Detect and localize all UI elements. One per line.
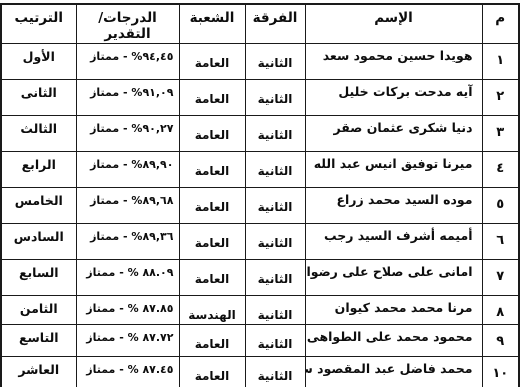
header-name: الإسم	[305, 4, 482, 44]
table-body: ١ هويدا حسين محمود سعد الثانية العامة ٩٤…	[1, 44, 519, 387]
cell-student-name: مرنا محمد محمد كيوان	[305, 296, 482, 325]
cell-division: العامة	[179, 152, 245, 188]
cell-division: العامة	[179, 357, 245, 387]
cell-student-name: أميمه أشرف السيد رجب	[305, 224, 482, 260]
cell-division: العامة	[179, 224, 245, 260]
cell-rank: الثامن	[1, 296, 76, 325]
cell-rank: الأول	[1, 44, 76, 80]
cell-division: العامة	[179, 44, 245, 80]
cell-grade-year: الثانية	[245, 188, 305, 224]
table-row: ١٠ محمد فاضل عبد المقصود سلال الثانية ال…	[1, 357, 519, 387]
cell-rank: السادس	[1, 224, 76, 260]
cell-score: ٨٨.٠٩ % - ممتاز	[76, 260, 179, 296]
cell-division: العامة	[179, 80, 245, 116]
header-row: م الإسم الفرقة الشعبة الدرجات/التقدير ال…	[1, 4, 519, 44]
cell-grade-year: الثانية	[245, 260, 305, 296]
cell-row-number: ١٠	[482, 357, 519, 387]
header-score: الدرجات/التقدير	[76, 4, 179, 44]
cell-grade-year: الثانية	[245, 116, 305, 152]
cell-rank: الثانى	[1, 80, 76, 116]
cell-student-name: محمد فاضل عبد المقصود سلال	[305, 357, 482, 387]
cell-student-name: آيه مدحت بركات خليل	[305, 80, 482, 116]
table-row: ٨ مرنا محمد محمد كيوان الثانية الهندسة ٨…	[1, 296, 519, 325]
header-rank: الترتيب	[1, 4, 76, 44]
cell-score: ٨٧.٨٥ % - ممتاز	[76, 296, 179, 325]
cell-division: الهندسة	[179, 296, 245, 325]
header-grade: الفرقة	[245, 4, 305, 44]
cell-division: العامة	[179, 188, 245, 224]
cell-student-name: دنيا شكرى عثمان صقر	[305, 116, 482, 152]
cell-score: ٨٩,٩٠% - ممتاز	[76, 152, 179, 188]
cell-score: ٩٠,٢٧% - ممتاز	[76, 116, 179, 152]
cell-score: ٩٤,٤٥% - ممتاز	[76, 44, 179, 80]
table-row: ٤ ميرنا توفيق انيس عبد الله الثانية العا…	[1, 152, 519, 188]
cell-rank: التاسع	[1, 325, 76, 357]
cell-grade-year: الثانية	[245, 44, 305, 80]
cell-rank: الخامس	[1, 188, 76, 224]
table-row: ٧ امانى على صلاح على رضوان الثانية العام…	[1, 260, 519, 296]
cell-row-number: ٩	[482, 325, 519, 357]
cell-score: ٨٩,٣٦% - ممتاز	[76, 224, 179, 260]
cell-score: ٩١,٠٩% - ممتاز	[76, 80, 179, 116]
cell-row-number: ٥	[482, 188, 519, 224]
cell-row-number: ٨	[482, 296, 519, 325]
cell-division: العامة	[179, 325, 245, 357]
table-row: ١ هويدا حسين محمود سعد الثانية العامة ٩٤…	[1, 44, 519, 80]
cell-grade-year: الثانية	[245, 80, 305, 116]
cell-grade-year: الثانية	[245, 357, 305, 387]
header-division: الشعبة	[179, 4, 245, 44]
table-row: ٣ دنيا شكرى عثمان صقر الثانية العامة ٩٠,…	[1, 116, 519, 152]
cell-score: ٨٧.٤٥ % - ممتاز	[76, 357, 179, 387]
cell-rank: الثالث	[1, 116, 76, 152]
cell-grade-year: الثانية	[245, 325, 305, 357]
table-row: ٩ محمود محمد على الطواهى الثانية العامة …	[1, 325, 519, 357]
cell-score: ٨٩,٦٨% - ممتاز	[76, 188, 179, 224]
cell-row-number: ٦	[482, 224, 519, 260]
table-row: ٥ موده السيد محمد زراع الثانية العامة ٨٩…	[1, 188, 519, 224]
cell-row-number: ٤	[482, 152, 519, 188]
header-num: م	[482, 4, 519, 44]
cell-student-name: ميرنا توفيق انيس عبد الله	[305, 152, 482, 188]
cell-row-number: ٢	[482, 80, 519, 116]
cell-score: ٨٧.٧٢ % - ممتاز	[76, 325, 179, 357]
cell-grade-year: الثانية	[245, 152, 305, 188]
table-row: ٦ أميمه أشرف السيد رجب الثانية العامة ٨٩…	[1, 224, 519, 260]
scanned-document-page: م الإسم الفرقة الشعبة الدرجات/التقدير ال…	[0, 0, 522, 387]
cell-student-name: امانى على صلاح على رضوان	[305, 260, 482, 296]
cell-student-name: موده السيد محمد زراع	[305, 188, 482, 224]
table-row: ٢ آيه مدحت بركات خليل الثانية العامة ٩١,…	[1, 80, 519, 116]
cell-rank: السابع	[1, 260, 76, 296]
cell-grade-year: الثانية	[245, 224, 305, 260]
cell-row-number: ١	[482, 44, 519, 80]
cell-division: العامة	[179, 260, 245, 296]
cell-student-name: محمود محمد على الطواهى	[305, 325, 482, 357]
cell-grade-year: الثانية	[245, 296, 305, 325]
cell-rank: الرابع	[1, 152, 76, 188]
cell-rank: العاشر	[1, 357, 76, 387]
student-ranking-table: م الإسم الفرقة الشعبة الدرجات/التقدير ال…	[0, 3, 520, 387]
cell-row-number: ٣	[482, 116, 519, 152]
cell-division: العامة	[179, 116, 245, 152]
cell-student-name: هويدا حسين محمود سعد	[305, 44, 482, 80]
cell-row-number: ٧	[482, 260, 519, 296]
